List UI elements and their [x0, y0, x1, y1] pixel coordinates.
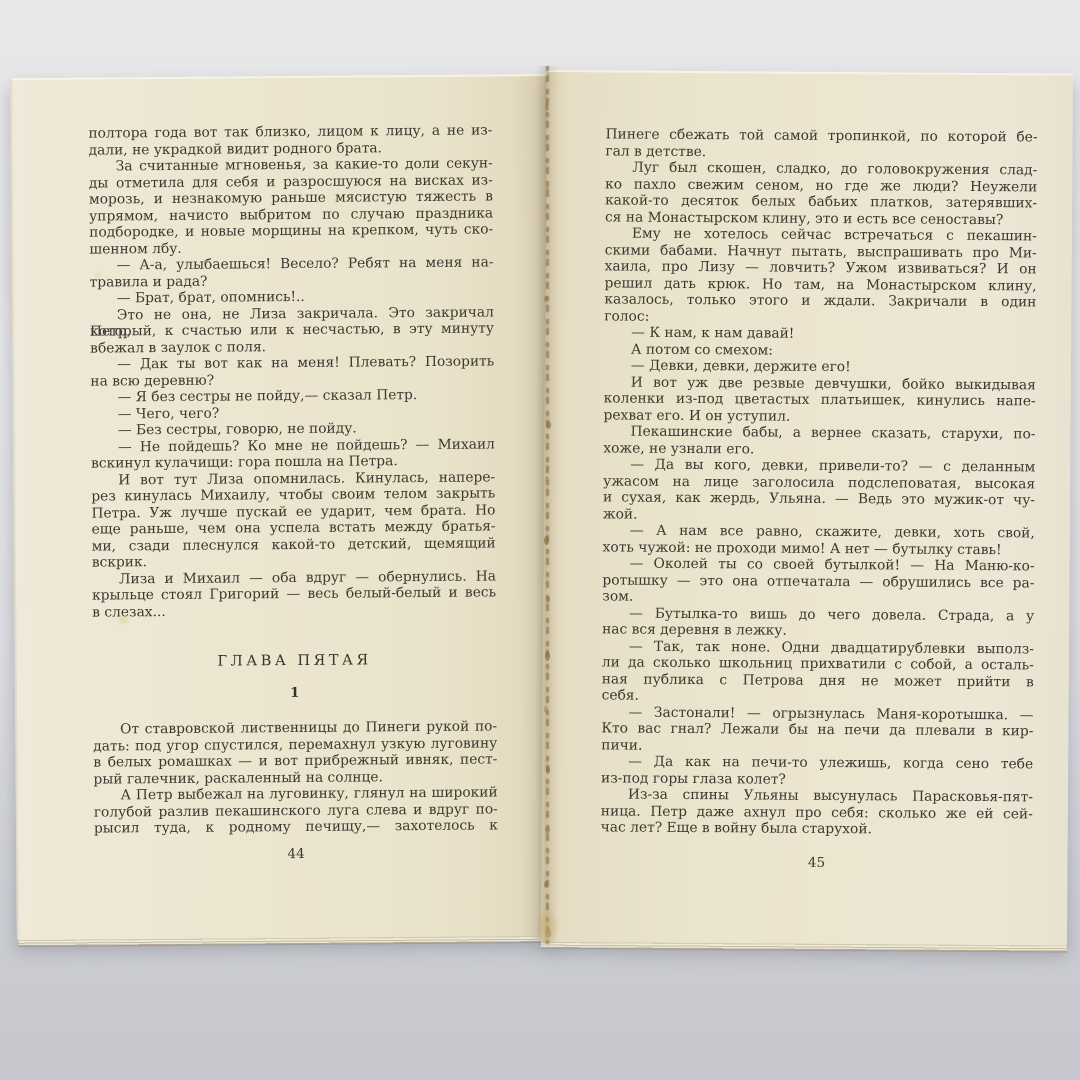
right-page-text: Пинеге сбежать той самой тропинкой, по к…	[600, 126, 1038, 929]
text-line: ми, сзади плеснулся какой-то детский, ще…	[92, 535, 496, 555]
text-line: — А-а, улыбаешься! Весело? Ребят на меня…	[89, 254, 493, 274]
gutter-stain	[546, 186, 549, 191]
text-line: казалось, только этого и ждали. Закричал…	[604, 291, 1036, 311]
right-page: Пинеге сбежать той самой тропинкой, по к…	[541, 70, 1073, 946]
right-page-number: 45	[600, 853, 1032, 873]
gutter-stain	[546, 766, 550, 774]
text-line: который, к счастью или к несчастью, в эт…	[90, 320, 494, 340]
gutter-stain	[546, 596, 550, 603]
paper-stain	[94, 272, 102, 278]
gutter-stain	[544, 706, 548, 713]
gutter-stain	[544, 536, 549, 545]
text-line: полтора года вот так близко, лицом к лиц…	[88, 122, 492, 142]
text-line: рысил туда, к родному печищу,— захотелос…	[94, 817, 498, 837]
text-line: час лет? Еще в войну была старухой.	[601, 819, 1033, 839]
text-line: крыльце стоял Григорий — весь белый-белы…	[92, 584, 496, 604]
paper-stain	[980, 560, 989, 567]
glue-stain	[539, 911, 555, 941]
text-line: — Дак ты вот как на меня! Плевать? Позор…	[90, 353, 494, 373]
text-line: ротышку — это она отпечатала — обрушилис…	[602, 572, 1034, 592]
gutter-stain	[546, 421, 551, 429]
chapter-heading: ГЛАВА ПЯТАЯ	[93, 651, 497, 671]
text-line: Кто вас гнал? Лежали бы на печи да плева…	[601, 720, 1033, 740]
left-page-number: 44	[94, 844, 498, 864]
gutter-stain	[545, 651, 550, 661]
paper-stain	[118, 616, 129, 624]
left-page: полтора года вот так близко, лицом к лиц…	[10, 74, 556, 940]
gutter-stain	[545, 826, 550, 834]
section-number: 1	[93, 683, 497, 703]
gutter-stain	[544, 881, 548, 888]
left-page-text: полтора года вот так близко, лицом к лиц…	[88, 122, 498, 925]
book-gutter-seam	[536, 66, 558, 944]
text-line: и сухая, как жердь, Ульяна. — Ведь это м…	[603, 489, 1035, 509]
text-line: — Не пойдешь? Ко мне не пойдешь? — Михаи…	[91, 436, 495, 456]
text-line: ная публика с Петрова дня не может прийт…	[602, 671, 1034, 691]
gutter-stain	[545, 104, 549, 111]
text-line: в белых ромашках — и вот прибрежный ивня…	[93, 751, 497, 771]
left-text-block-2: От ставровской лиственницы до Пинеги рук…	[93, 718, 498, 837]
gutter-stain	[545, 476, 549, 482]
text-line: подбородке, и новые морщины на крепком, …	[89, 221, 493, 241]
gutter-stain	[544, 296, 548, 302]
right-text-block: Пинеге сбежать той самой тропинкой, по к…	[601, 126, 1038, 838]
text-line: в слезах...	[92, 601, 496, 621]
left-text-block: полтора года вот так близко, лицом к лиц…	[88, 122, 496, 620]
photo-background: полтора года вот так близко, лицом к лиц…	[0, 0, 1080, 1080]
